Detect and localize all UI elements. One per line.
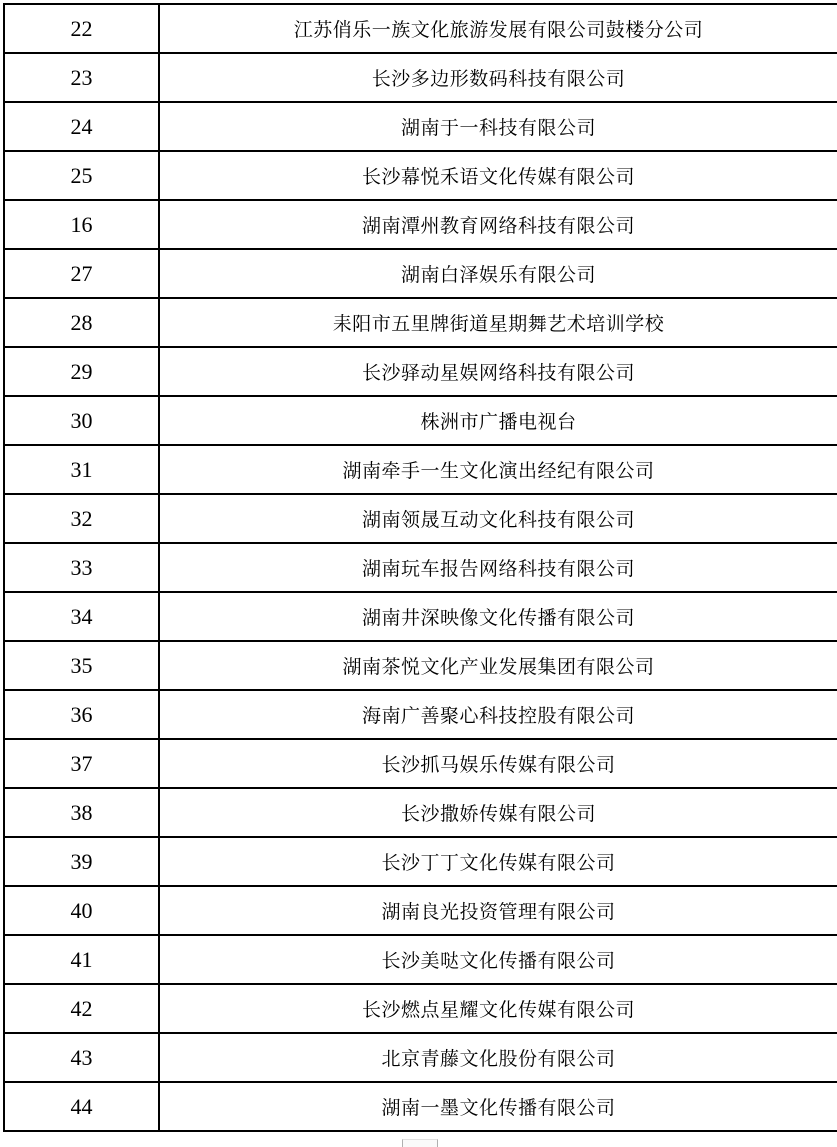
company-name-cell: 长沙丁丁文化传媒有限公司 (159, 837, 837, 886)
row-number: 27 (71, 261, 93, 286)
row-number-cell: 37 (4, 739, 159, 788)
company-name-cell: 长沙抓马娱乐传媒有限公司 (159, 739, 837, 788)
company-name-cell: 长沙燃点星耀文化传媒有限公司 (159, 984, 837, 1033)
row-number: 16 (71, 212, 93, 237)
row-number-cell: 41 (4, 935, 159, 984)
company-name: 耒阳市五里牌街道星期舞艺术培训学校 (333, 314, 665, 335)
table-row: 24 湖南于一科技有限公司 (4, 102, 837, 151)
row-number-cell: 24 (4, 102, 159, 151)
company-name-cell: 湖南玩车报告网络科技有限公司 (159, 543, 837, 592)
row-number-cell: 33 (4, 543, 159, 592)
row-number: 34 (71, 604, 93, 629)
company-name: 湖南良光投资管理有限公司 (381, 902, 615, 923)
company-name: 长沙驿动星娱网络科技有限公司 (362, 363, 635, 384)
table-row: 27 湖南白泽娱乐有限公司 (4, 249, 837, 298)
table-row: 44 湖南一墨文化传播有限公司 (4, 1082, 837, 1131)
company-name-cell: 湖南井深映像文化传播有限公司 (159, 592, 837, 641)
table-row: 16 湖南潭州教育网络科技有限公司 (4, 200, 837, 249)
row-number: 36 (71, 702, 93, 727)
row-number: 29 (71, 359, 93, 384)
row-number-cell: 40 (4, 886, 159, 935)
row-number-cell: 23 (4, 53, 159, 102)
row-number: 40 (71, 898, 93, 923)
company-name: 长沙撒娇传媒有限公司 (401, 804, 596, 825)
row-number-cell: 42 (4, 984, 159, 1033)
company-name: 长沙抓马娱乐传媒有限公司 (381, 755, 615, 776)
row-number: 22 (71, 16, 93, 41)
table-row: 25 长沙幕悦禾语文化传媒有限公司 (4, 151, 837, 200)
company-name: 海南广善聚心科技控股有限公司 (362, 706, 635, 727)
company-name-cell: 湖南牵手一生文化演出经纪有限公司 (159, 445, 837, 494)
company-name-cell: 长沙美哒文化传播有限公司 (159, 935, 837, 984)
company-name: 长沙幕悦禾语文化传媒有限公司 (362, 167, 635, 188)
table-row: 39 长沙丁丁文化传媒有限公司 (4, 837, 837, 886)
table-row: 33 湖南玩车报告网络科技有限公司 (4, 543, 837, 592)
table-row: 38 长沙撒娇传媒有限公司 (4, 788, 837, 837)
company-name-cell: 江苏俏乐一族文化旅游发展有限公司鼓楼分公司 (159, 4, 837, 53)
next-page-cell-edge (402, 1139, 438, 1147)
document-page: 22 江苏俏乐一族文化旅游发展有限公司鼓楼分公司 23 长沙多边形数码科技有限公… (0, 0, 837, 1147)
row-number: 28 (71, 310, 93, 335)
company-name-cell: 北京青藤文化股份有限公司 (159, 1033, 837, 1082)
company-name-cell: 湖南于一科技有限公司 (159, 102, 837, 151)
company-name: 长沙美哒文化传播有限公司 (381, 951, 615, 972)
table-row: 28 耒阳市五里牌街道星期舞艺术培训学校 (4, 298, 837, 347)
row-number-cell: 27 (4, 249, 159, 298)
row-number-cell: 36 (4, 690, 159, 739)
row-number-cell: 31 (4, 445, 159, 494)
row-number: 44 (71, 1094, 93, 1119)
row-number-cell: 30 (4, 396, 159, 445)
company-name: 湖南于一科技有限公司 (401, 118, 596, 139)
row-number-cell: 22 (4, 4, 159, 53)
row-number-cell: 28 (4, 298, 159, 347)
table-row: 42 长沙燃点星耀文化传媒有限公司 (4, 984, 837, 1033)
row-number: 31 (71, 457, 93, 482)
table-row: 43 北京青藤文化股份有限公司 (4, 1033, 837, 1082)
company-name: 长沙多边形数码科技有限公司 (372, 69, 626, 90)
company-name: 湖南白泽娱乐有限公司 (401, 265, 596, 286)
row-number-cell: 25 (4, 151, 159, 200)
table-row: 30 株洲市广播电视台 (4, 396, 837, 445)
row-number-cell: 35 (4, 641, 159, 690)
company-name: 长沙燃点星耀文化传媒有限公司 (362, 1000, 635, 1021)
company-name-cell: 长沙多边形数码科技有限公司 (159, 53, 837, 102)
row-number: 32 (71, 506, 93, 531)
company-name-cell: 长沙撒娇传媒有限公司 (159, 788, 837, 837)
table-row: 35 湖南茶悦文化产业发展集团有限公司 (4, 641, 837, 690)
company-name: 湖南潭州教育网络科技有限公司 (362, 216, 635, 237)
row-number-cell: 16 (4, 200, 159, 249)
row-number: 25 (71, 163, 93, 188)
table-row: 22 江苏俏乐一族文化旅游发展有限公司鼓楼分公司 (4, 4, 837, 53)
company-name: 湖南井深映像文化传播有限公司 (362, 608, 635, 629)
table-row: 37 长沙抓马娱乐传媒有限公司 (4, 739, 837, 788)
company-name: 江苏俏乐一族文化旅游发展有限公司鼓楼分公司 (294, 20, 704, 41)
company-table: 22 江苏俏乐一族文化旅游发展有限公司鼓楼分公司 23 长沙多边形数码科技有限公… (3, 3, 837, 1132)
company-name-cell: 湖南白泽娱乐有限公司 (159, 249, 837, 298)
company-name: 湖南牵手一生文化演出经纪有限公司 (342, 461, 654, 482)
table-row: 36 海南广善聚心科技控股有限公司 (4, 690, 837, 739)
row-number-cell: 43 (4, 1033, 159, 1082)
table-row: 29 长沙驿动星娱网络科技有限公司 (4, 347, 837, 396)
company-name: 北京青藤文化股份有限公司 (381, 1049, 615, 1070)
company-name-cell: 海南广善聚心科技控股有限公司 (159, 690, 837, 739)
row-number-cell: 32 (4, 494, 159, 543)
row-number: 41 (71, 947, 93, 972)
company-name-cell: 湖南领晟互动文化科技有限公司 (159, 494, 837, 543)
row-number: 35 (71, 653, 93, 678)
company-name-cell: 长沙幕悦禾语文化传媒有限公司 (159, 151, 837, 200)
table-row: 23 长沙多边形数码科技有限公司 (4, 53, 837, 102)
company-name: 株洲市广播电视台 (420, 412, 576, 433)
table-row: 41 长沙美哒文化传播有限公司 (4, 935, 837, 984)
company-table-body: 22 江苏俏乐一族文化旅游发展有限公司鼓楼分公司 23 长沙多边形数码科技有限公… (4, 4, 837, 1131)
company-name-cell: 耒阳市五里牌街道星期舞艺术培训学校 (159, 298, 837, 347)
row-number: 37 (71, 751, 93, 776)
table-row: 32 湖南领晟互动文化科技有限公司 (4, 494, 837, 543)
company-name: 湖南玩车报告网络科技有限公司 (362, 559, 635, 580)
row-number: 38 (71, 800, 93, 825)
table-row: 40 湖南良光投资管理有限公司 (4, 886, 837, 935)
row-number: 33 (71, 555, 93, 580)
company-name-cell: 株洲市广播电视台 (159, 396, 837, 445)
company-name-cell: 湖南茶悦文化产业发展集团有限公司 (159, 641, 837, 690)
row-number: 39 (71, 849, 93, 874)
company-name: 湖南一墨文化传播有限公司 (381, 1098, 615, 1119)
row-number-cell: 38 (4, 788, 159, 837)
row-number-cell: 34 (4, 592, 159, 641)
row-number: 30 (71, 408, 93, 433)
row-number: 42 (71, 996, 93, 1021)
row-number: 43 (71, 1045, 93, 1070)
row-number-cell: 39 (4, 837, 159, 886)
table-row: 31 湖南牵手一生文化演出经纪有限公司 (4, 445, 837, 494)
company-name-cell: 湖南一墨文化传播有限公司 (159, 1082, 837, 1131)
row-number-cell: 44 (4, 1082, 159, 1131)
company-name: 湖南茶悦文化产业发展集团有限公司 (342, 657, 654, 678)
company-name: 湖南领晟互动文化科技有限公司 (362, 510, 635, 531)
company-name: 长沙丁丁文化传媒有限公司 (381, 853, 615, 874)
row-number-cell: 29 (4, 347, 159, 396)
company-name-cell: 湖南良光投资管理有限公司 (159, 886, 837, 935)
row-number: 23 (71, 65, 93, 90)
table-row: 34 湖南井深映像文化传播有限公司 (4, 592, 837, 641)
row-number: 24 (71, 114, 93, 139)
company-name-cell: 长沙驿动星娱网络科技有限公司 (159, 347, 837, 396)
company-name-cell: 湖南潭州教育网络科技有限公司 (159, 200, 837, 249)
